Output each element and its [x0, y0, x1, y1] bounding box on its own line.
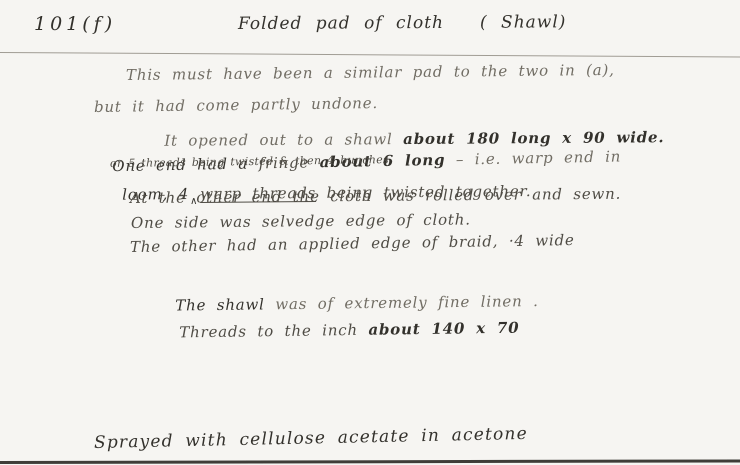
conservation-note: Sprayed with cellulose acetate in aceton…	[94, 424, 528, 453]
line-10-text: Threads to the inch	[179, 321, 368, 342]
catalog-number: 101(f)	[34, 13, 116, 35]
card-bottom-edge	[0, 459, 740, 463]
card-title-annotation: ( Shawl)	[480, 12, 566, 32]
index-card: 101(f) Folded pad of cloth ( Shawl) This…	[0, 0, 740, 465]
handwritten-line-6: At the other end the cloth was rolled ov…	[130, 185, 621, 207]
handwritten-line-7: One side was selvedge edge of cloth.	[131, 210, 471, 232]
line-10-measurement: about 140 x 70	[368, 319, 519, 339]
header-rule	[0, 52, 740, 58]
handwritten-line-10: Threads to the inch about 140 x 70	[137, 301, 520, 360]
card-title: Folded pad of cloth ( Shawl)	[238, 12, 566, 34]
handwritten-line-8: The other had an applied edge of braid, …	[130, 231, 575, 256]
handwritten-line-1: This must have been a similar pad to the…	[126, 61, 615, 84]
card-title-text: Folded pad of cloth	[238, 13, 444, 34]
